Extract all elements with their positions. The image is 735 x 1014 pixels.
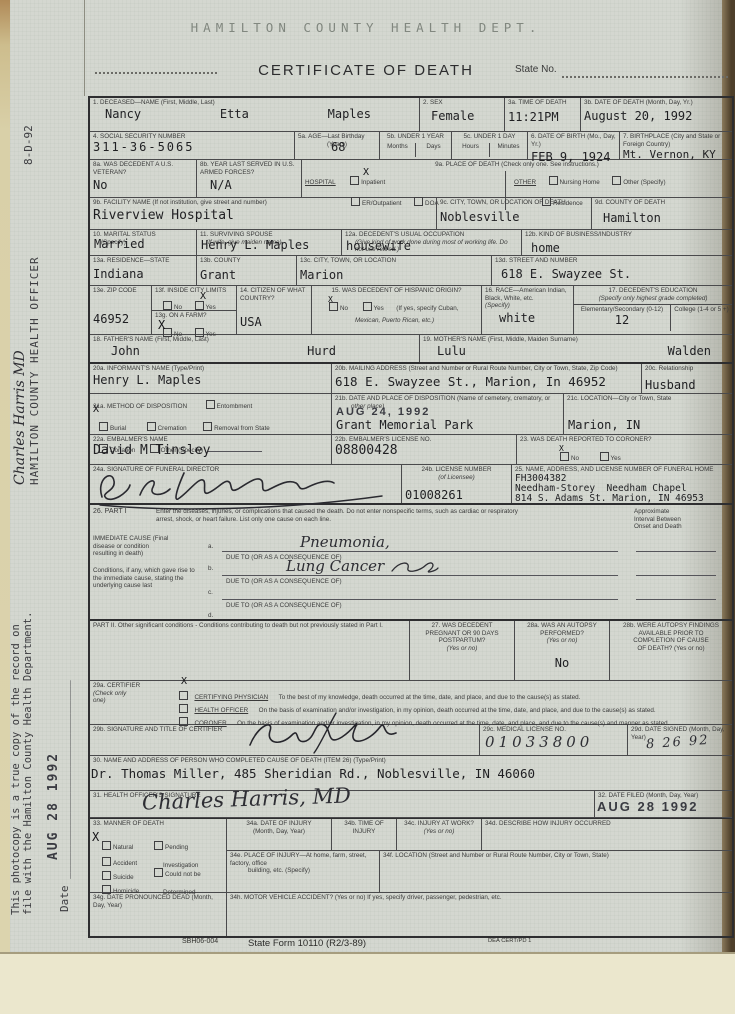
burial-label: Burial [110, 425, 126, 432]
informant-name-value: Henry L. Maples [93, 374, 328, 387]
immediate-cause-label3: resulting in death) [93, 550, 205, 558]
field-label: 13e. ZIP CODE [93, 287, 148, 295]
field-sublabel: (Specify only highest grade completed) [574, 295, 732, 303]
margin-officer-block: Charles Harris MD HAMILTON COUNTY HEALTH… [12, 185, 41, 485]
field-hispanic-origin: 15. WAS DECEDENT OF HISPANIC ORIGIN? X N… [312, 286, 482, 334]
field-marital-status: 10. MARITAL STATUS (Specify) Married [90, 230, 197, 255]
veteran-value: No [93, 179, 193, 192]
hispanic-note2: Mexican, Puerto Rican, etc.) [355, 317, 478, 324]
x-mark-hispanic-no: X [328, 295, 333, 304]
x-mark-burial: X [93, 404, 99, 415]
field-label: 13d. STREET AND NUMBER [495, 257, 729, 265]
field-label: 3b. DATE OF DEATH (Month, Day, Yr.) [584, 99, 729, 107]
field-label: 9b. FACILITY NAME (If not institution, g… [93, 199, 433, 207]
college-label: College (1-4 or 5 +) [673, 306, 730, 314]
field-label: 34d. DESCRIBE HOW INJURY OCCURRED [485, 820, 729, 828]
field-autopsy-performed: 28a. WAS AN AUTOPSY PERFORMED? (Yes or n… [515, 621, 610, 680]
checkbox-natural [102, 841, 111, 850]
date-signed-value: 8 26 92 [646, 733, 711, 752]
field-label: 9d. COUNTY OF DEATH [595, 199, 729, 207]
interval-line-c [636, 599, 716, 600]
facility-name-value: Riverview Hospital [93, 209, 433, 223]
field-time-of-death: 3a. TIME OF DEATH 11:21PM [505, 98, 581, 131]
autopsy-performed-value: No [518, 657, 606, 670]
field-medical-license: 29c. MEDICAL LICENSE NO. 01033800 [480, 725, 628, 755]
cause-b-handwriting: Lung Cancer [286, 557, 384, 575]
field-label: 12b. KIND OF BUSINESS/INDUSTRY [525, 231, 729, 239]
age-value: 68 [331, 141, 345, 154]
field-label: 24b. LICENSE NUMBER [405, 466, 508, 474]
checkbox-burial [99, 422, 108, 431]
checkbox-hispanic-yes [363, 302, 372, 311]
field-label: 21c. LOCATION—City or Town, State [567, 395, 729, 403]
field-label: 19. MOTHER'S NAME (First, Middle, Maiden… [423, 336, 729, 344]
x-mark-coroner-no: X [559, 444, 564, 453]
field-director-license: 24b. LICENSE NUMBER (of Licensee) 010082… [402, 465, 512, 503]
field-label: 7. BIRTHPLACE (City and State or Foreign… [623, 133, 729, 148]
no-label: No [174, 304, 182, 311]
field-label1: 34e. PLACE OF INJURY—At home, farm, stre… [230, 852, 376, 867]
date-filed-stamp: AUG 28 1992 [597, 799, 699, 814]
margin-code: 8-D-92 [22, 85, 35, 165]
city-of-death-value: Noblesville [440, 211, 588, 224]
checkbox-suicide [102, 871, 111, 880]
sex-value: Female [431, 110, 501, 123]
field-pregnant: 27. WAS DECEDENT PREGNANT OR 90 DAYS POS… [410, 621, 515, 680]
occupation-value: housewife [346, 240, 411, 253]
field-label1: 34b. TIME OF [335, 820, 393, 828]
days-label: Days [415, 143, 451, 157]
field-embalmer-license: 22b. EMBALMER'S LICENSE NO. 08800428 [332, 435, 517, 464]
checkbox-other-specify [612, 176, 621, 185]
county-of-death-value: Hamilton [603, 212, 729, 225]
field-label: 16. RACE—American Indian, [485, 287, 570, 295]
informant-address-value: 618 E. Swayzee St., Marion, In 46952 [335, 375, 638, 389]
certificate-form: 1. DECEASED—NAME (First, Middle, Last) N… [88, 96, 734, 938]
field-business-industry: 12b. KIND OF BUSINESS/INDUSTRY home [522, 230, 732, 255]
marital-status-value: Married [94, 238, 145, 251]
checkbox-coroner-yes [600, 452, 609, 461]
field-label1: 28b. WERE AUTOPSY FINDINGS [613, 622, 729, 630]
field-under-1-day: 5c. UNDER 1 DAY Hours Minutes [452, 132, 528, 159]
immediate-cause-label1: IMMEDIATE CAUSE (Final [93, 535, 205, 543]
field-label: 17. DECEDENT'S EDUCATION [574, 287, 732, 295]
street-number-value: 618 E. Swayzee St. [501, 268, 729, 281]
field-usual-occupation: 12a. DECEDENT'S USUAL OCCUPATION (Give k… [342, 230, 522, 255]
field-date-place-disposition: 21b. DATE AND PLACE OF DISPOSITION (Name… [332, 394, 564, 434]
field-label: 13c. CITY, TOWN, OR LOCATION [300, 257, 488, 265]
checkbox-coroner-no [560, 452, 569, 461]
line-b-letter: b. [208, 565, 213, 573]
cause-line-c [222, 599, 618, 600]
cause-a-handwriting: Pneumonia, [300, 533, 390, 551]
ssn-value: 311-36-5065 [93, 141, 291, 154]
other-label: OTHER [514, 179, 536, 186]
months-label: Months [380, 143, 415, 157]
x-mark-farm-no: X [158, 318, 165, 332]
cause-line-b [222, 575, 618, 576]
field-funeral-home: 25. NAME, ADDRESS, AND LICENSE NUMBER OF… [512, 465, 732, 503]
field-reported-to-coroner: 23. WAS DEATH REPORTED TO CORONER? X No … [517, 435, 732, 464]
paper-crease [84, 0, 85, 96]
page-left-edge [0, 0, 10, 952]
part1-instructions2: arrest, shock, or heart failure. List on… [156, 516, 586, 524]
due-to-label3: DUE TO (OR AS A CONSEQUENCE OF) [226, 602, 342, 610]
x-mark-city-limits-yes: X [200, 291, 206, 302]
field-injury-location: 34f. LOCATION (Street and Number or Rura… [380, 851, 732, 892]
field-zip-code: 13e. ZIP CODE 46952 [90, 286, 152, 334]
field-label2: (Month, Day, Year) [230, 828, 328, 836]
residence-state-value: Indiana [93, 268, 193, 281]
field-label4: (Yes or no) [413, 645, 511, 653]
yes-label: Yes [206, 304, 216, 311]
field-label4: OF DEATH? (Yes or no) [613, 645, 729, 653]
field-street-number: 13d. STREET AND NUMBER 618 E. Swayzee St… [492, 256, 732, 285]
deceased-first-name: Nancy [105, 108, 141, 121]
field-date-pronounced-dead: 34g. DATE PRONOUNCED DEAD (Month, Day, Y… [90, 893, 227, 936]
field-residence-county: 13b. COUNTY Grant [197, 256, 297, 285]
certifier-sublabel1: (Check only [93, 690, 179, 698]
field-label: 20a. INFORMANT'S NAME (Type/Print) [93, 365, 328, 373]
disposition-place-value: Grant Memorial Park [336, 419, 473, 432]
field-sublabel: (of Licensee) [405, 474, 508, 482]
field-date-of-death: 3b. DATE OF DEATH (Month, Day, Yr.) Augu… [581, 98, 732, 131]
pending-label1: Pending [165, 844, 188, 851]
relationship-value: Husband [645, 379, 729, 392]
field-label1: 27. WAS DECEDENT [413, 622, 511, 630]
checkbox-removal [203, 422, 212, 431]
field-label: 13f. INSIDE CITY LIMITS [155, 287, 233, 295]
margin-date-stamp-block: AUG 28 1992 [46, 640, 61, 860]
could-not-label1: Could not be [165, 871, 201, 878]
disposition-date-stamp: AUG 24, 1992 [336, 406, 430, 418]
field-race: 16. RACE—American Indian, Black, White, … [482, 286, 574, 334]
state-no-label: State No. [515, 64, 557, 75]
field-date-signed: 29d. DATE SIGNED (Month, Day, Year) 8 26… [628, 725, 732, 755]
minutes-label: Minutes [489, 143, 527, 157]
checkbox-pending [154, 841, 163, 850]
certifier-label: 29a. CERTIFIER [93, 682, 179, 690]
field-funeral-director-signature: 24a. SIGNATURE OF FUNERAL DIRECTOR [90, 465, 402, 503]
nursing-home-label: Nursing Home [560, 179, 600, 186]
field-label: 12a. DECEDENT'S USUAL OCCUPATION [345, 231, 518, 239]
field-place-of-injury: 34e. PLACE OF INJURY—At home, farm, stre… [227, 851, 380, 892]
department-header: HAMILTON COUNTY HEALTH DEPT. [10, 20, 722, 35]
field-label: 13a. RESIDENCE—STATE [93, 257, 193, 265]
year-last-served-value: N/A [210, 179, 298, 192]
conditions-label: Conditions, if any, which gave rise to t… [93, 567, 205, 590]
citizen-value: USA [240, 316, 308, 329]
immediate-cause-label2: disease or condition [93, 543, 205, 551]
date-label: Date [58, 886, 71, 913]
mother-maiden-name: Walden [668, 345, 711, 358]
x-mark-inpatient: X [363, 167, 369, 178]
field-label3: (Yes or no) [518, 637, 606, 645]
father-first-name: John [111, 345, 140, 358]
father-last-name: Hurd [307, 345, 336, 358]
field-residence-state: 13a. RESIDENCE—STATE Indiana [90, 256, 197, 285]
certifier-signature [240, 711, 410, 755]
checkbox-city-limits-yes [195, 301, 204, 310]
photocopy-certification: This photocopy is a true copy of the rec… [10, 480, 34, 915]
disposition-location-value: Marion, IN [568, 419, 640, 432]
interval-line-b [636, 575, 716, 576]
field-label3: COMPLETION OF CAUSE [613, 637, 729, 645]
field-autopsy-findings: 28b. WERE AUTOPSY FINDINGS AVAILABLE PRI… [610, 621, 732, 680]
field-surviving-spouse: 11. SURVIVING SPOUSE (If wife, give maid… [197, 230, 342, 255]
health-officer-margin-signature: Charles Harris MD [12, 185, 28, 485]
field-facility-name: 9b. FACILITY NAME (If not institution, g… [90, 198, 437, 229]
cause-b-flourish [390, 559, 440, 575]
field-completed-by: 30. NAME AND ADDRESS OF PERSON WHO COMPL… [90, 756, 732, 790]
part2-other-conditions: PART II. Other significant conditions - … [90, 621, 410, 680]
field-label: 3a. TIME OF DEATH [508, 99, 577, 107]
date-of-death-value: August 20, 1992 [584, 110, 729, 123]
field-city-of-death: 9c. CITY, TOWN, OR LOCATION OF DEATH Nob… [437, 198, 592, 229]
health-officer-title: HAMILTON COUNTY HEALTH OFFICER [28, 185, 41, 485]
part1-cause-of-death: 26. PART I Enter the diseases, injuries,… [90, 505, 732, 619]
field-label3: POSTPARTUM? [413, 637, 511, 645]
elementary-value: 12 [576, 314, 668, 327]
field-county-of-death: 9d. COUNTY OF DEATH Hamilton [592, 198, 732, 229]
field-embalmer-name: 22a. EMBALMER'S NAME David M Tinsley [90, 435, 332, 464]
field-label: 13b. COUNTY [200, 257, 293, 265]
state-no-dotted-line [562, 76, 728, 78]
race-value: white [499, 312, 570, 325]
state-form-number: State Form 10110 (R2/3-89) [248, 938, 366, 949]
field-ssn: 4. SOCIAL SECURITY NUMBER 311-36-5065 [90, 132, 295, 159]
certifier-sublabel2: one) [93, 697, 179, 705]
due-to-label2: DUE TO (OR AS A CONSEQUENCE OF) [226, 578, 342, 586]
completed-by-value: Dr. Thomas Miller, 485 Sheridian Rd., No… [91, 767, 729, 781]
no-label: No [571, 455, 579, 462]
field-label: 23. WAS DEATH REPORTED TO CORONER? [520, 436, 729, 444]
line-c-letter: c. [208, 589, 213, 597]
field-certifier: 29a. CERTIFIER (Check only one) X CERTIF… [90, 681, 732, 724]
field-label: 8a. WAS DECEDENT A U.S. VETERAN? [93, 161, 193, 176]
residence-city-value: Marion [300, 269, 488, 282]
field-label2: building, etc. (Specify) [248, 867, 376, 875]
field-label: 5c. UNDER 1 DAY [452, 133, 527, 141]
hospital-label: HOSPITAL [305, 179, 336, 186]
checkbox-could-not-determine [154, 868, 163, 877]
field-place-of-death: 9a. PLACE OF DEATH (Check only one. See … [302, 160, 732, 197]
field-health-officer-signature: 31. HEALTH OFFICER'S SIGNATURE Charles H… [90, 791, 595, 817]
field-label3: (Specify) [485, 302, 570, 310]
field-label: 33. MANNER OF DEATH [93, 820, 223, 828]
field-manner-of-death: 33. MANNER OF DEATH X Natural Accident S… [90, 819, 227, 892]
field-label: 21a. METHOD OF DISPOSITION [93, 403, 187, 410]
yes-label: Yes [611, 455, 621, 462]
field-label2: AVAILABLE PRIOR TO [613, 630, 729, 638]
medical-license-value: 01033800 [485, 733, 593, 751]
field-disposition-location: 21c. LOCATION—City or Town, State Marion… [564, 394, 732, 434]
field-label: 34g. DATE PRONOUNCED DEAD (Month, Day, Y… [93, 894, 223, 909]
field-label: 2. SEX [423, 99, 501, 107]
residence-county-value: Grant [200, 269, 293, 282]
field-certifier-signature: 29b. SIGNATURE AND TITLE OF CERTIFIER [90, 725, 480, 755]
education-elementary: Elementary/Secondary (0-12) 12 [574, 305, 671, 331]
field-motor-vehicle-accident: 34h. MOTOR VEHICLE ACCIDENT? (Yes or no)… [227, 893, 732, 936]
field-label2: INJURY [335, 828, 393, 836]
field-label1: 28a. WAS AN AUTOPSY [518, 622, 606, 630]
checkbox-inpatient [350, 176, 359, 185]
removal-label: Removal from State [214, 425, 270, 432]
field-label2: Black, White, etc. [485, 295, 570, 303]
interval-label2: Interval Between [634, 516, 722, 524]
surviving-spouse-value: Henry L. Maples [201, 239, 309, 252]
page-bottom-edge [0, 952, 735, 1014]
field-how-injury-occurred: 34d. DESCRIBE HOW INJURY OCCURRED [482, 819, 732, 850]
field-label: 20b. MAILING ADDRESS (Street and Number … [335, 365, 638, 373]
field-inside-city-limits: 13f. INSIDE CITY LIMITS X No Yes [152, 286, 236, 311]
field-label: 18. FATHER'S NAME (First, Middle, Last) [93, 336, 416, 344]
field-relationship: 20c. Relationship Husband [642, 364, 732, 393]
entombment-label: Entombment [217, 403, 253, 410]
field-label1: 34c. INJURY AT WORK? [400, 820, 478, 828]
field-label: 9c. CITY, TOWN, OR LOCATION OF DEATH [440, 199, 588, 207]
date-filed-stamp-margin: AUG 28 1992 [46, 640, 61, 860]
cause-line-a [222, 551, 618, 552]
field-deceased-name: 1. DECEASED—NAME (First, Middle, Last) N… [90, 98, 420, 131]
field-label: 15. WAS DECEDENT OF HISPANIC ORIGIN? [315, 287, 478, 295]
x-mark-certifying-physician: X [181, 676, 187, 687]
photocopy-line1: This photocopy is a true copy of the rec… [10, 480, 22, 915]
line-d-letter: d. [208, 612, 213, 620]
field-label: 30. NAME AND ADDRESS OF PERSON WHO COMPL… [93, 757, 729, 765]
field-informant-address: 20b. MAILING ADDRESS (Street and Number … [332, 364, 642, 393]
hours-label: Hours [452, 143, 489, 157]
field-label2: PREGNANT OR 90 DAYS [413, 630, 511, 638]
hispanic-note1: (If yes, specify Cuban, [396, 305, 458, 312]
field-mother-name: 19. MOTHER'S NAME (First, Middle, Maiden… [420, 335, 732, 362]
photocopy-line2: file with the Hamilton County Health Dep… [22, 480, 34, 915]
x-mark-natural: X [92, 830, 99, 844]
field-age: 5a. AGE—Last Birthday (Years) 68 [295, 132, 380, 159]
field-under-1-year: 5b. UNDER 1 YEAR Months Days [380, 132, 452, 159]
no-label: No [340, 305, 348, 312]
field-city-limits-farm: 13f. INSIDE CITY LIMITS X No Yes 13g. ON… [152, 286, 237, 334]
director-license-value: 01008261 [405, 489, 508, 502]
field-residence-city: 13c. CITY, TOWN, OR LOCATION Marion [297, 256, 492, 285]
interval-label3: Onset and Death [634, 523, 722, 531]
cremation-label: Cremation [158, 425, 187, 432]
natural-label: Natural [113, 844, 133, 851]
field-label: 6. DATE OF BIRTH (Mo., Day, Yr.) [531, 133, 616, 148]
interval-label1: Approximate [634, 508, 722, 516]
field-informant-name: 20a. INFORMANT'S NAME (Type/Print) Henry… [90, 364, 332, 393]
field-education: 17. DECEDENT'S EDUCATION (Specify only h… [574, 286, 732, 334]
deceased-middle-name: Etta [220, 108, 249, 121]
field-label1: 34a. DATE OF INJURY [230, 820, 328, 828]
form-code: SBH06-004 [182, 938, 218, 945]
field-label: 34f. LOCATION (Street and Number or Rura… [383, 852, 729, 860]
field-label: 1. DECEASED—NAME (First, Middle, Last) [93, 99, 416, 107]
funeral-home-address: 814 S. Adams St. Marion, IN 46953 [515, 494, 729, 504]
field-veteran: 8a. WAS DECEDENT A U.S. VETERAN? No [90, 160, 197, 197]
field-year-last-served: 8b. YEAR LAST SERVED IN U.S. ARMED FORCE… [197, 160, 302, 197]
field-label2: PERFORMED? [518, 630, 606, 638]
margin-code-text: 8-D-92 [22, 85, 35, 165]
checkbox-accident [102, 857, 111, 866]
certificate-paper: HAMILTON COUNTY HEALTH DEPT. CERTIFICATE… [10, 0, 722, 952]
field-birthplace: 7. BIRTHPLACE (City and State or Foreign… [620, 132, 732, 159]
field-label2: (Yes or no) [400, 828, 478, 836]
field-date-filed: 32. DATE FILED (Month, Day, Year) AUG 28… [595, 791, 732, 817]
field-label: 5b. UNDER 1 YEAR [380, 133, 451, 141]
field-label: 14. CITIZEN OF WHAT COUNTRY? [240, 287, 308, 302]
field-label: 13g. ON A FARM? [155, 312, 233, 320]
field-label: 21b. DATE AND PLACE OF DISPOSITION (Name… [335, 395, 560, 403]
embalmer-name-value: David M Tinsley [93, 444, 328, 458]
part2-label: PART II. Other significant conditions - … [93, 622, 406, 630]
interval-line-a [636, 551, 716, 552]
zip-code-value: 46952 [93, 313, 148, 326]
checkbox-entombment [206, 400, 215, 409]
checkbox-nursing-home [549, 176, 558, 185]
checkbox-city-limits-no [163, 301, 172, 310]
field-injury-at-work: 34c. INJURY AT WORK? (Yes or no) [397, 819, 482, 850]
embalmer-license-value: 08800428 [335, 444, 513, 458]
field-method-of-disposition: X 21a. METHOD OF DISPOSITION Entombment … [90, 394, 332, 434]
yes-label: Yes [374, 305, 384, 312]
field-label: 8b. YEAR LAST SERVED IN U.S. ARMED FORCE… [200, 161, 298, 176]
field-citizen-of: 14. CITIZEN OF WHAT COUNTRY? USA [237, 286, 312, 334]
deceased-last-name: Maples [328, 108, 371, 121]
field-label: 20c. Relationship [645, 365, 729, 373]
field-time-of-injury: 34b. TIME OF INJURY [332, 819, 397, 850]
time-of-death-value: 11:21PM [508, 111, 577, 124]
field-sex: 2. SEX Female [420, 98, 505, 131]
field-father-name: 18. FATHER'S NAME (First, Middle, Last) … [90, 335, 420, 362]
field-label: 34h. MOTOR VEHICLE ACCIDENT? (Yes or no)… [230, 894, 729, 902]
other-specify-label: Other (Specify) [623, 179, 665, 186]
mother-first-name: Lulu [437, 345, 466, 358]
inpatient-label: Inpatient [361, 179, 385, 186]
checkbox-cremation [147, 422, 156, 431]
field-date-of-injury: 34a. DATE OF INJURY (Month, Day, Year) [227, 819, 332, 850]
field-date-of-birth: 6. DATE OF BIRTH (Mo., Day, Yr.) FEB 9, … [528, 132, 620, 159]
business-industry-value: home [531, 242, 729, 255]
education-college: College (1-4 or 5 +) [671, 305, 732, 331]
dea-cert-code: DEA CERT/PD 1 [488, 938, 531, 944]
scanned-death-certificate: HAMILTON COUNTY HEALTH DEPT. CERTIFICATE… [0, 0, 735, 1014]
funeral-director-signature [92, 465, 392, 511]
line-a-letter: a. [208, 543, 213, 551]
